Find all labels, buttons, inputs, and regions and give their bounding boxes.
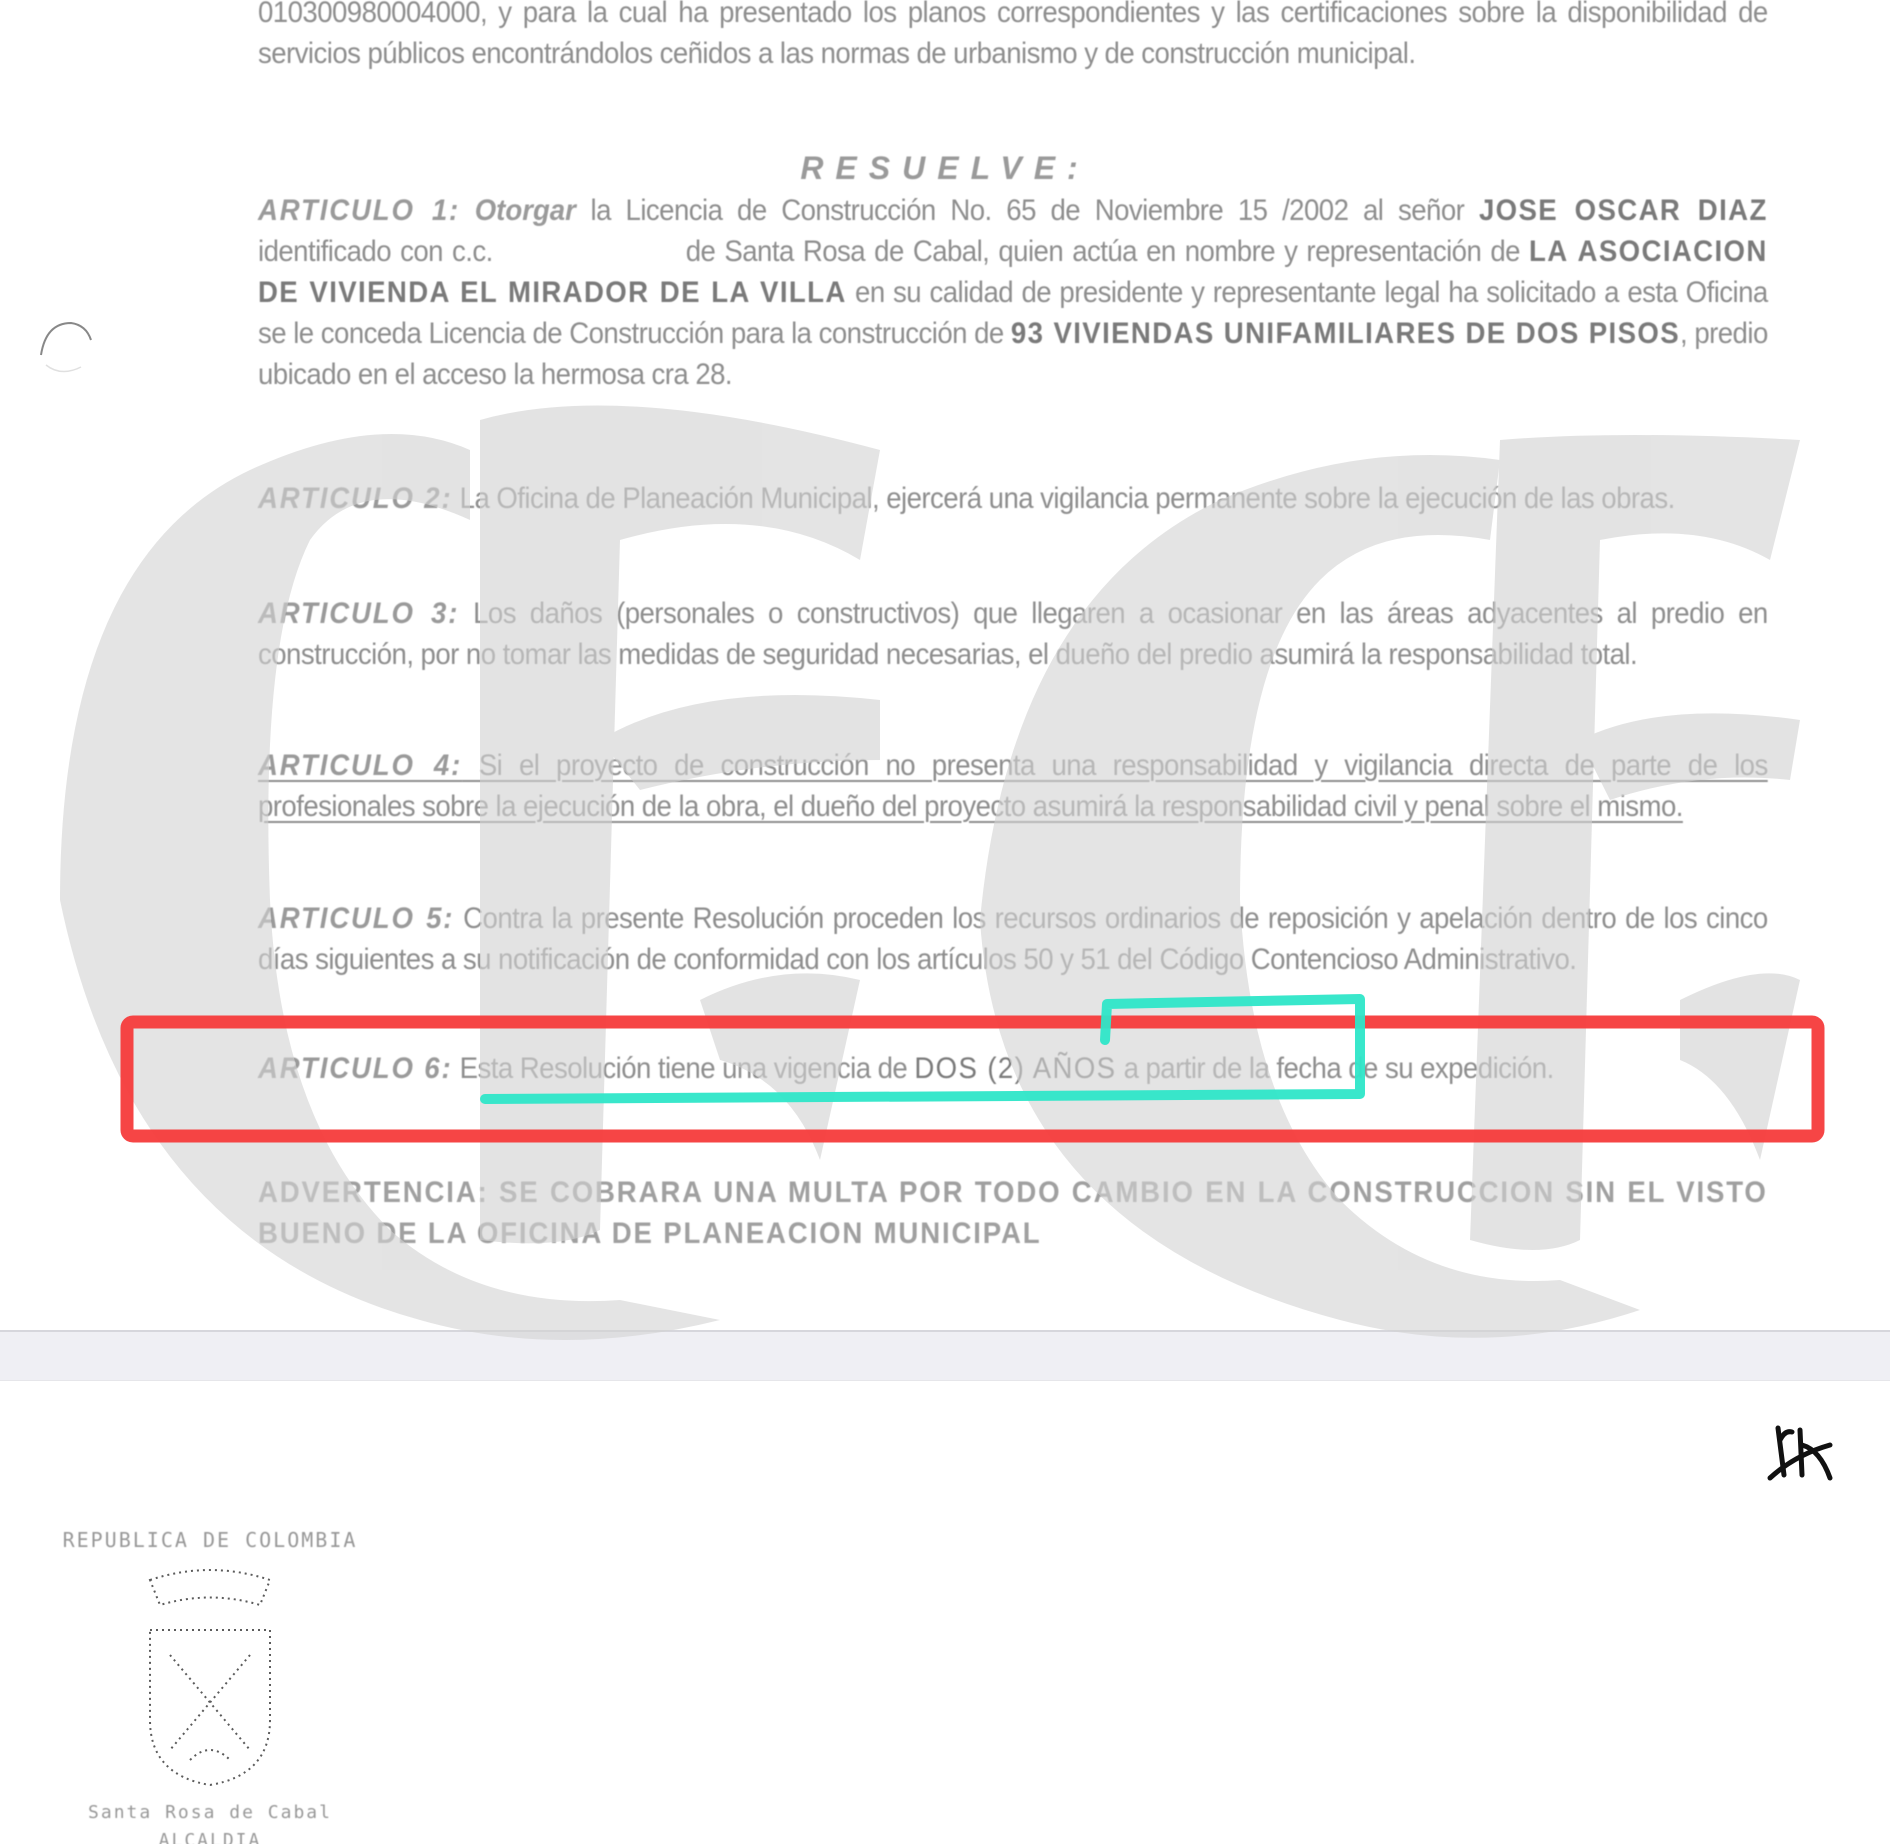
article-6: ARTICULO 6: Esta Resolución tiene una vi…	[258, 1048, 1768, 1089]
page-divider	[0, 1332, 1890, 1381]
article-2-label: ARTICULO 2:	[258, 482, 453, 515]
seal-office-text: ALCALDIA	[20, 1830, 400, 1844]
scanned-page-top: 010300980004000, y para la cual ha prese…	[0, 0, 1890, 1332]
signature-mark	[1750, 1420, 1850, 1500]
redacted-id-number	[502, 238, 677, 268]
article-1-lead: Otorgar	[475, 194, 576, 227]
article-6-label: ARTICULO 6:	[258, 1052, 453, 1085]
intro-text: 010300980004000, y para la cual ha prese…	[258, 0, 1768, 70]
article-1-label: ARTICULO 1:	[258, 194, 460, 227]
project-description: 93 VIVIENDAS UNIFAMILIARES DE DOS PISOS	[1011, 317, 1680, 350]
punch-hole-mark	[36, 315, 96, 385]
article-1: ARTICULO 1: Otorgar la Licencia de Const…	[258, 190, 1768, 395]
warning-notice: ADVERTENCIA: SE COBRARA UNA MULTA POR TO…	[258, 1172, 1768, 1254]
resolution-heading: RESUELVE:	[0, 150, 1890, 187]
article-5: ARTICULO 5: Contra la presente Resolució…	[258, 898, 1768, 980]
article-6-text-a: Esta Resolución tiene una vigencia de	[453, 1052, 915, 1085]
article-5-text: Contra la presente Resolución proceden l…	[258, 902, 1768, 976]
article-1-text-b: identificado con c.c.	[258, 235, 502, 268]
article-3-label: ARTICULO 3:	[258, 597, 459, 630]
article-6-text-b: a partir de la fecha de su expedición.	[1116, 1052, 1553, 1085]
seal-country-text: REPUBLICA DE COLOMBIA	[20, 1528, 400, 1552]
article-5-label: ARTICULO 5:	[258, 902, 454, 935]
article-3: ARTICULO 3: Los daños (personales o cons…	[258, 593, 1768, 675]
article-2: ARTICULO 2: La Oficina de Planeación Mun…	[258, 478, 1768, 519]
article-4-text: Si el proyecto de construcción no presen…	[258, 749, 1768, 823]
validity-period: DOS (2) AÑOS	[914, 1052, 1116, 1085]
municipal-seal: REPUBLICA DE COLOMBIA Santa Rosa de Caba…	[20, 1410, 400, 1840]
applicant-name: JOSE OSCAR DIAZ	[1479, 194, 1768, 227]
article-4-label: ARTICULO 4:	[258, 749, 462, 782]
article-1-text-a: la Licencia de Construcción No. 65 de No…	[576, 194, 1479, 227]
article-2-text: La Oficina de Planeación Municipal, ejer…	[453, 482, 1675, 515]
seal-city-text: Santa Rosa de Cabal	[20, 1802, 400, 1823]
warning-text: ADVERTENCIA: SE COBRARA UNA MULTA POR TO…	[258, 1176, 1768, 1250]
article-4: ARTICULO 4: Si el proyecto de construcci…	[258, 745, 1768, 827]
article-1-text-c: de Santa Rosa de Cabal, quien actúa en n…	[677, 235, 1529, 268]
coat-of-arms-icon	[110, 1560, 310, 1800]
intro-paragraph: 010300980004000, y para la cual ha prese…	[258, 0, 1768, 74]
article-3-text: Los daños (personales o constructivos) q…	[258, 597, 1768, 671]
